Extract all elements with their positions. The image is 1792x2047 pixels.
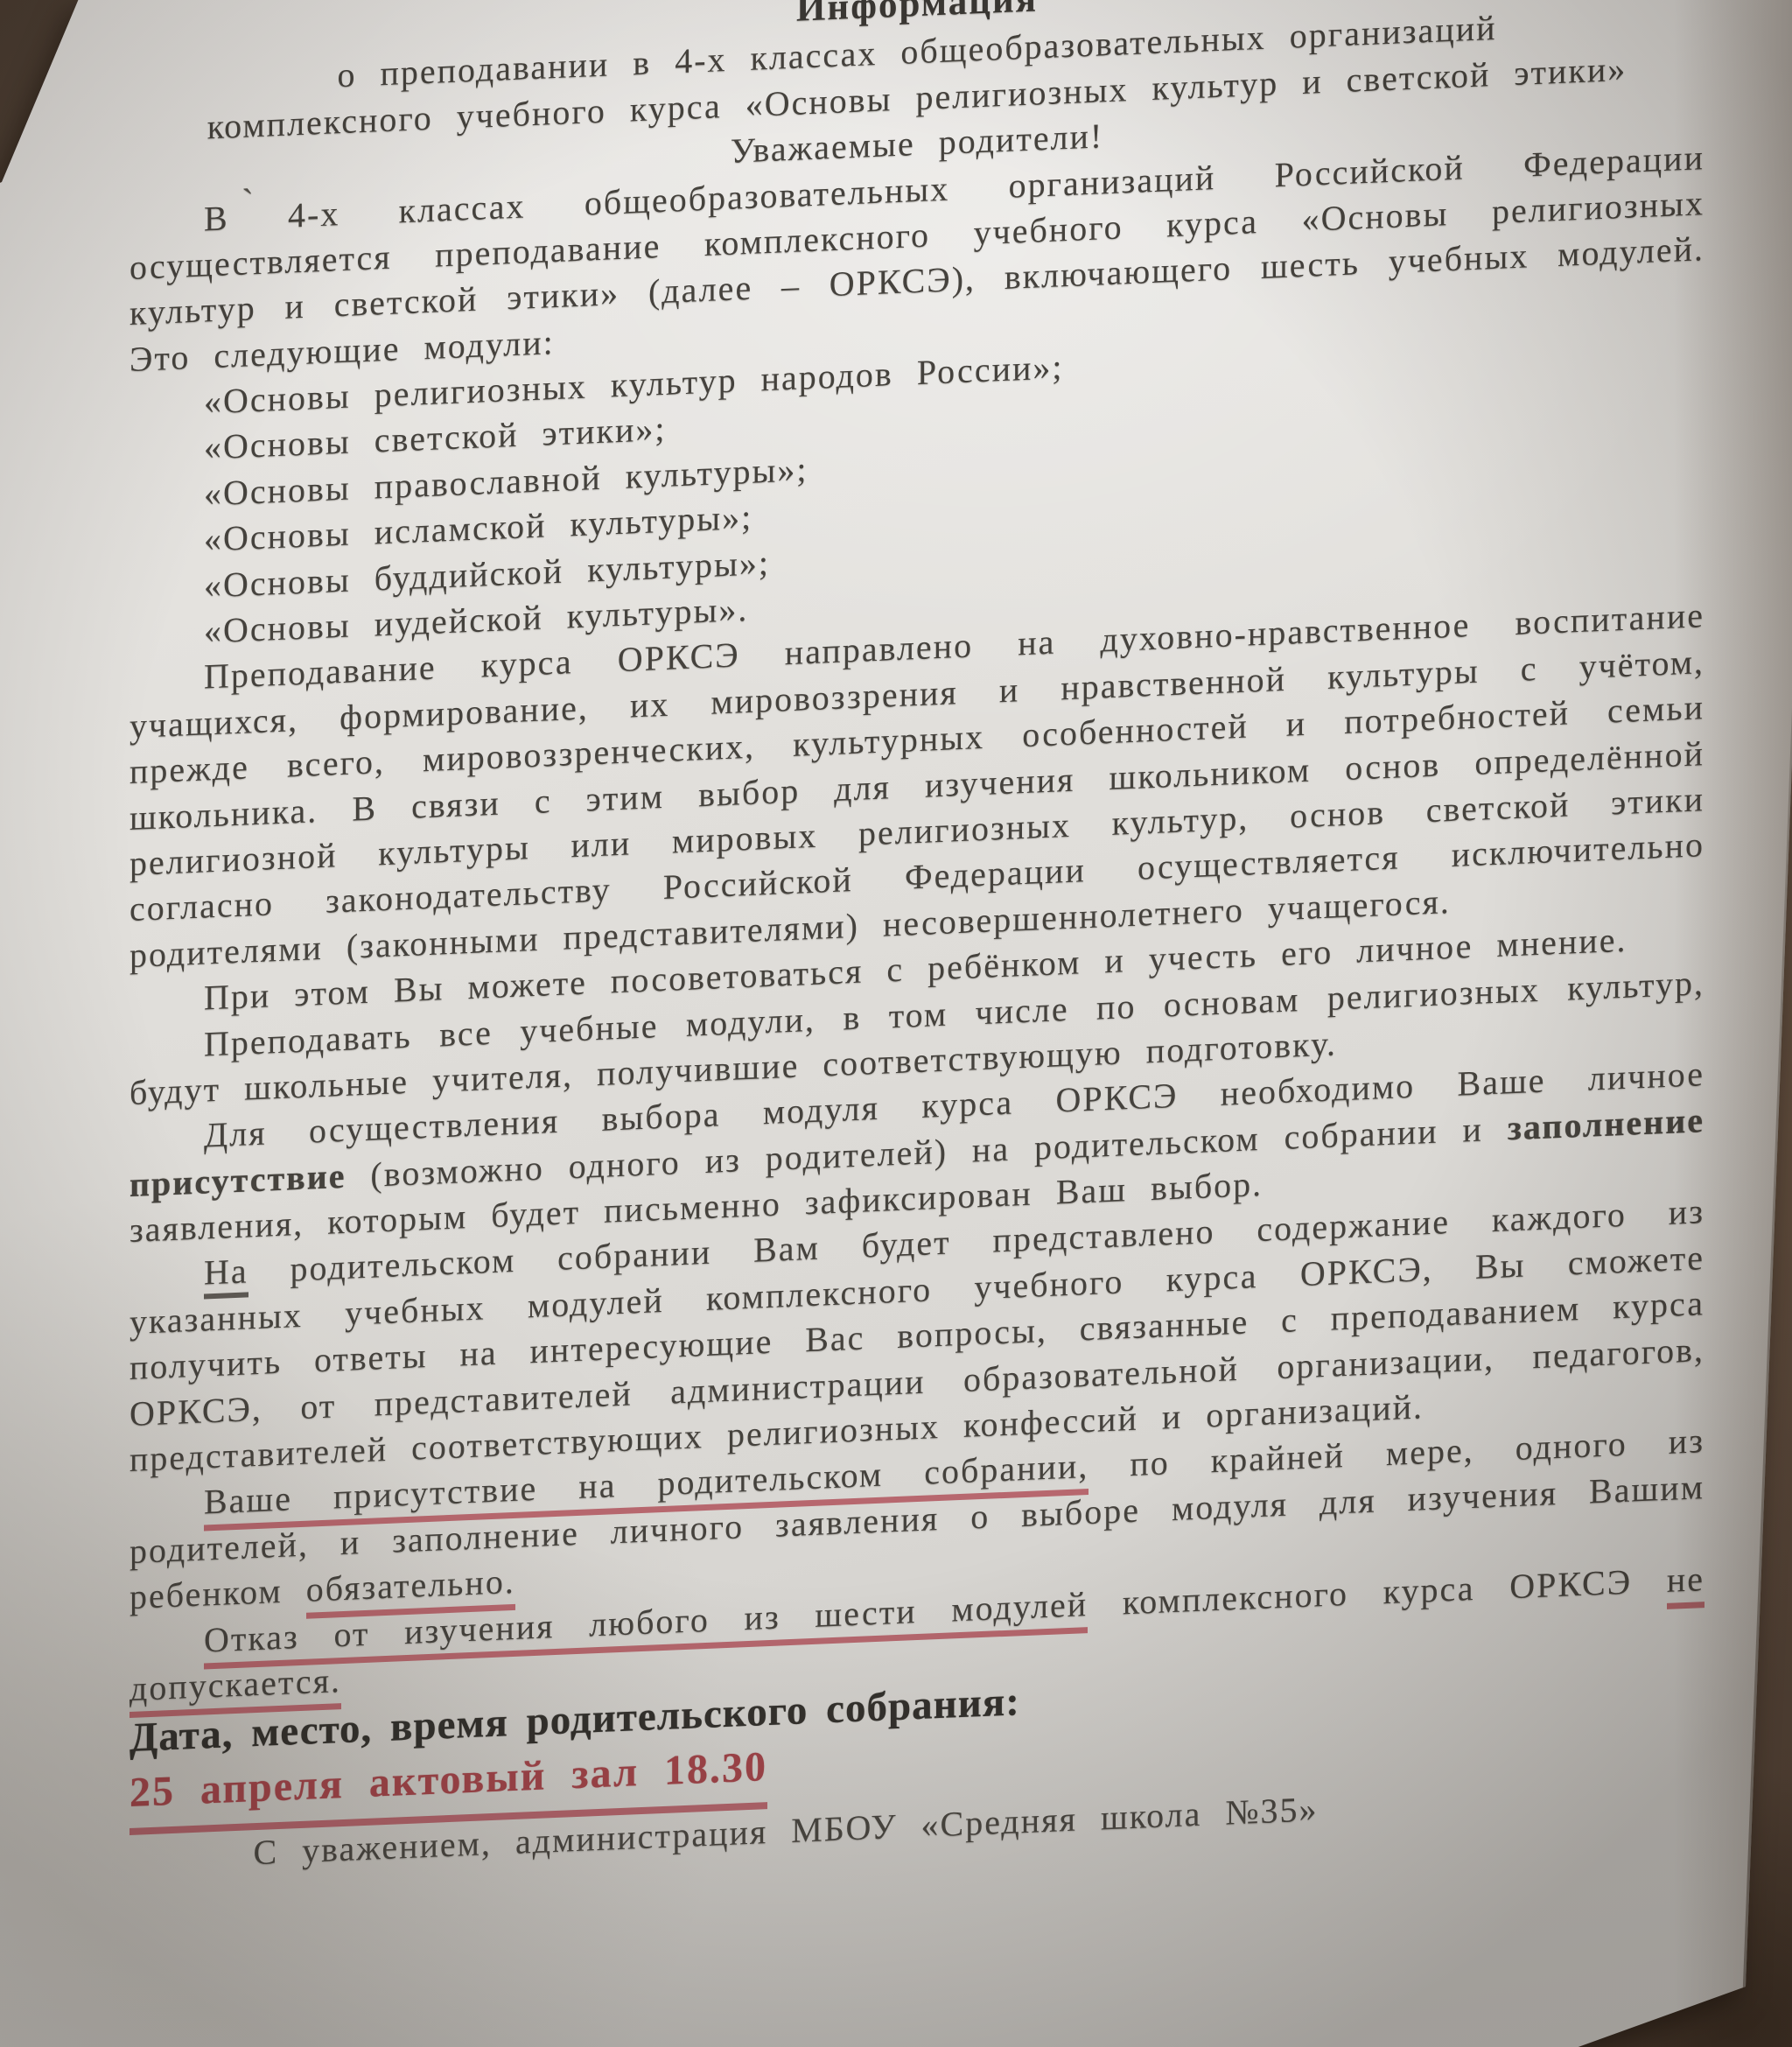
bold-word-filling: заполнение <box>1508 1100 1704 1147</box>
about-course-paragraph: Преподавание курса ОРКСЭ направлено на д… <box>129 593 1704 979</box>
stray-mark: ˋ <box>241 179 255 228</box>
document-content: Информация о преподавании в 4-х классах … <box>129 0 1704 1881</box>
underlined-word-na: На <box>204 1251 248 1300</box>
paper-sheet: Информация о преподавании в 4-х классах … <box>0 0 1792 2047</box>
paper-edge-shadow <box>1742 0 1792 2008</box>
red-underlined-text: не <box>1667 1559 1704 1609</box>
bold-word-presence: присутствие <box>129 1156 346 1204</box>
photo-of-document: Информация о преподавании в 4-х классах … <box>0 0 1792 2047</box>
